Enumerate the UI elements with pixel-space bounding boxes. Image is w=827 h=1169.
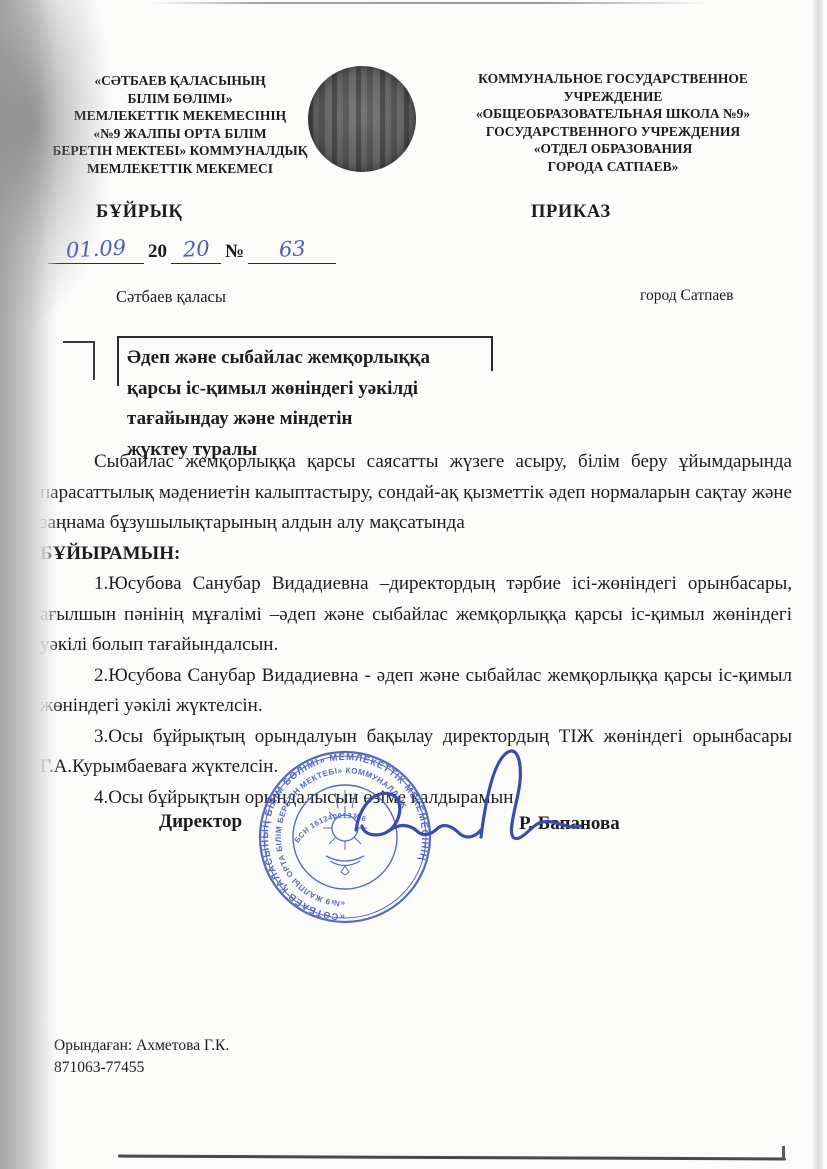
org-name-kazakh: «СӘТБАЕВ ҚАЛАСЫНЫҢ БІЛІМ БӨЛІМІ» МЕМЛЕКЕ… [36,66,324,177]
org-kk-line: БЕРЕТІН МЕКТЕБІ» КОММУНАЛДЫҚ [36,142,324,160]
order-title-kazakh: БҰЙРЫҚ [96,202,182,223]
org-ru-line: ГОСУДАРСТВЕННОГО УЧРЕЖДЕНИЯ [430,123,796,141]
school-emblem-icon [308,66,416,172]
org-name-russian: КОММУНАЛЬНОЕ ГОСУДАРСТВЕННОЕ УЧРЕЖДЕНИЕ … [430,66,796,177]
org-kk-line: «СӘТБАЕВ ҚАЛАСЫНЫҢ [36,72,324,90]
city-kazakh: Сәтбаев қаласы [116,287,226,307]
subject-line: тағайындау және міндетін [127,404,493,435]
order-title-russian: ПРИКАЗ [531,202,611,223]
subject-line: қарсы іс-қимыл жөніндегі уәкілді [127,374,493,405]
handwritten-date: 01.09 [65,235,126,262]
preamble-paragraph: Сыбайлас жемқорлыққа қарсы саясатты жүзе… [40,447,792,539]
executor-name: Орындаған: Ахметова Г.К. [54,1035,229,1057]
year-underline: 20 [171,238,221,264]
org-kk-line: МЕМЛЕКЕТТІК МЕКЕМЕСІ [36,160,324,178]
number-underline: 63 [248,238,336,264]
date-underline: 01.09 [48,238,144,264]
order-word: БҰЙЫРАМЫН: [40,539,792,570]
order-subject: Әдеп және сыбайлас жемқорлыққа қарсы іс-… [117,336,493,465]
handwritten-year: 20 [182,236,210,261]
org-ru-line: УЧРЕЖДЕНИЕ [430,88,796,106]
org-kk-line: БІЛІМ БӨЛІМІ» [36,90,324,108]
scan-edge-top-line [150,2,710,4]
number-sign: № [221,241,248,262]
org-ru-line: «ОТДЕЛ ОБРАЗОВАНИЯ [430,140,796,158]
order-item-2: 2.Юсубова Санубар Видадиевна - әдеп және… [40,661,792,722]
year-prefix: 20 [144,241,171,262]
scan-shadow-right [811,0,823,1169]
org-ru-line: КОММУНАЛЬНОЕ ГОСУДАРСТВЕННОЕ [430,70,796,88]
subject-line: Әдеп және сыбайлас жемқорлыққа [127,343,493,374]
date-number-line: 01.092020№63 [48,238,336,264]
city-russian: город Сатпаев [640,287,734,305]
scan-corner-mark [63,341,95,380]
signer-position: Директор [159,811,242,833]
org-ru-line: «ОБЩЕОБРАЗОВАТЕЛЬНАЯ ШКОЛА №9» [430,105,796,123]
org-kk-line: «№9 ЖАЛПЫ ОРТА БІЛІМ [36,125,324,143]
order-item-1: 1.Юсубова Санубар Видадиевна –директорды… [40,569,792,661]
org-ru-line: ГОРОДА САТПАЕВ» [430,158,796,176]
scan-edge-bottom-hook [782,1146,785,1160]
org-kk-line: МЕМЛЕКЕТТІК МЕКЕМЕСІНІҢ [36,107,324,125]
signature-image [318,742,598,892]
scan-edge-bottom-line [118,1155,786,1161]
letterhead: «СӘТБАЕВ ҚАЛАСЫНЫҢ БІЛІМ БӨЛІМІ» МЕМЛЕКЕ… [36,66,796,177]
document-page: «СӘТБАЕВ ҚАЛАСЫНЫҢ БІЛІМ БӨЛІМІ» МЕМЛЕКЕ… [0,0,827,1169]
executor-block: Орындаған: Ахметова Г.К. 871063-77455 [54,1035,229,1079]
executor-phone: 871063-77455 [54,1057,229,1079]
handwritten-number: 63 [278,236,306,261]
